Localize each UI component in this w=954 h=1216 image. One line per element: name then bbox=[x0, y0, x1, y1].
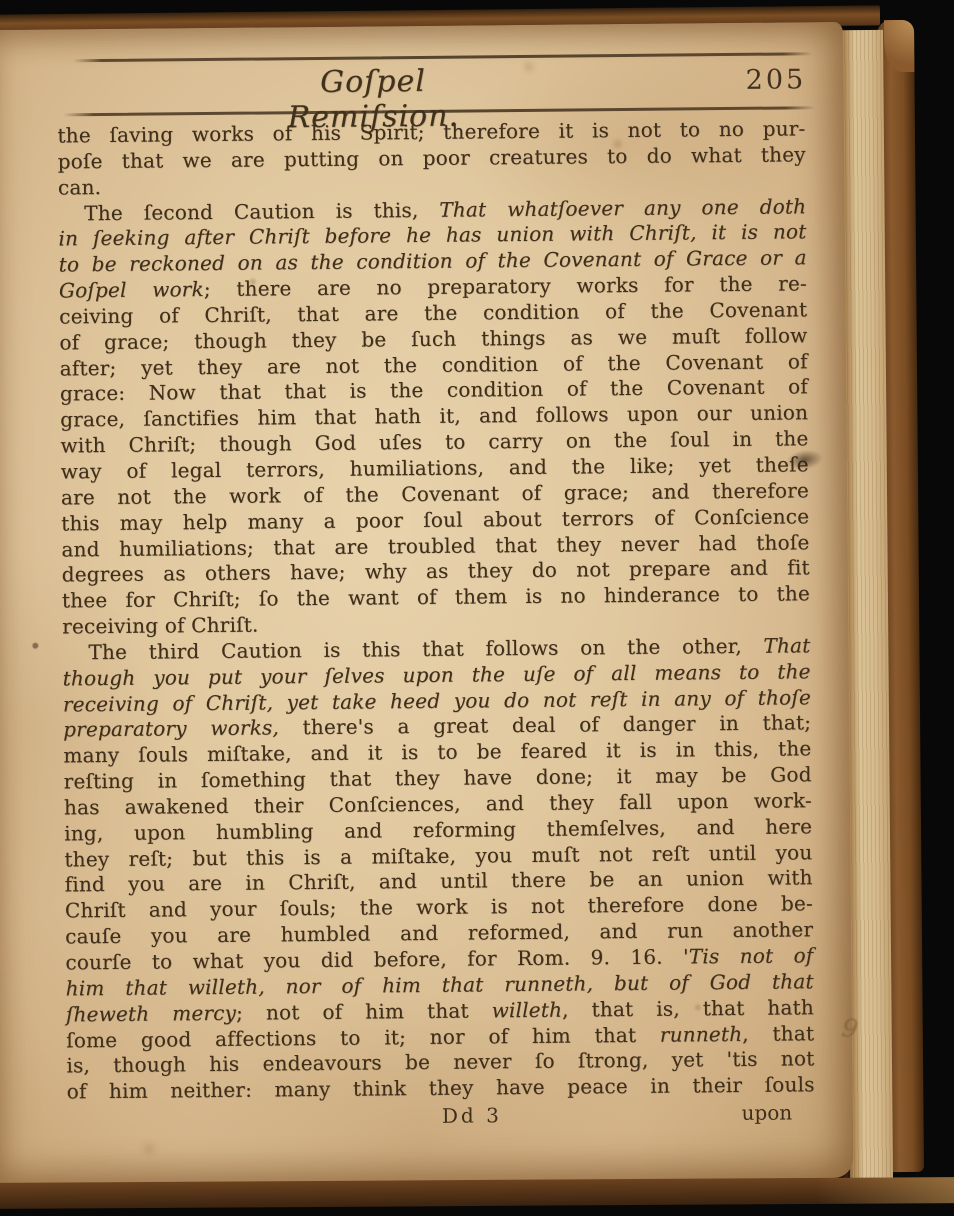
page-number: 205 bbox=[733, 64, 819, 96]
italic-segment: 'Tis not of bbox=[683, 943, 814, 968]
roman-segment: there's a great deal of danger in that; bbox=[279, 711, 811, 740]
book-page: Goſpel Remiſsion. 205 the ſaving works o… bbox=[0, 22, 854, 1186]
header-top-rule bbox=[73, 52, 813, 62]
italic-segment: ſheweth mercy bbox=[66, 1000, 236, 1026]
catchword: upon bbox=[712, 1100, 822, 1125]
gathering-signature: Dd 3 bbox=[417, 1103, 527, 1128]
roman-segment: ; not of him that bbox=[236, 998, 492, 1024]
body-text: the ſaving works of his Spirit; therefor… bbox=[57, 116, 814, 1105]
italic-segment: That whatſoever any one doth bbox=[439, 194, 806, 222]
roman-segment: , that is, that hath bbox=[562, 995, 814, 1021]
book-scan-photo: Goſpel Remiſsion. 205 the ſaving works o… bbox=[0, 0, 954, 1216]
page-content: Goſpel Remiſsion. 205 the ſaving works o… bbox=[0, 22, 854, 1186]
book-cover-bottom-edge bbox=[0, 1177, 954, 1209]
italic-segment: willeth bbox=[492, 997, 563, 1022]
roman-segment: ſome good affections to it; nor of him t… bbox=[66, 1022, 660, 1052]
roman-segment: , that bbox=[742, 1021, 814, 1046]
ink-blot-stain bbox=[785, 448, 823, 472]
roman-segment: receiving of Chriſt. bbox=[62, 613, 259, 639]
italic-segment: That bbox=[763, 633, 810, 657]
roman-segment: The ſecond Caution is this, bbox=[84, 197, 439, 224]
page-footer: Dd 3 upon bbox=[67, 1100, 815, 1135]
italic-segment: preparatory works, bbox=[63, 716, 279, 742]
italic-segment: runneth bbox=[660, 1021, 743, 1046]
roman-segment: can. bbox=[58, 175, 101, 199]
roman-segment: ; there are no preparatory works for the… bbox=[204, 271, 807, 301]
roman-segment: courſe to what you did before, for Rom. … bbox=[65, 944, 683, 974]
italic-segment: Goſpel work bbox=[59, 277, 204, 302]
